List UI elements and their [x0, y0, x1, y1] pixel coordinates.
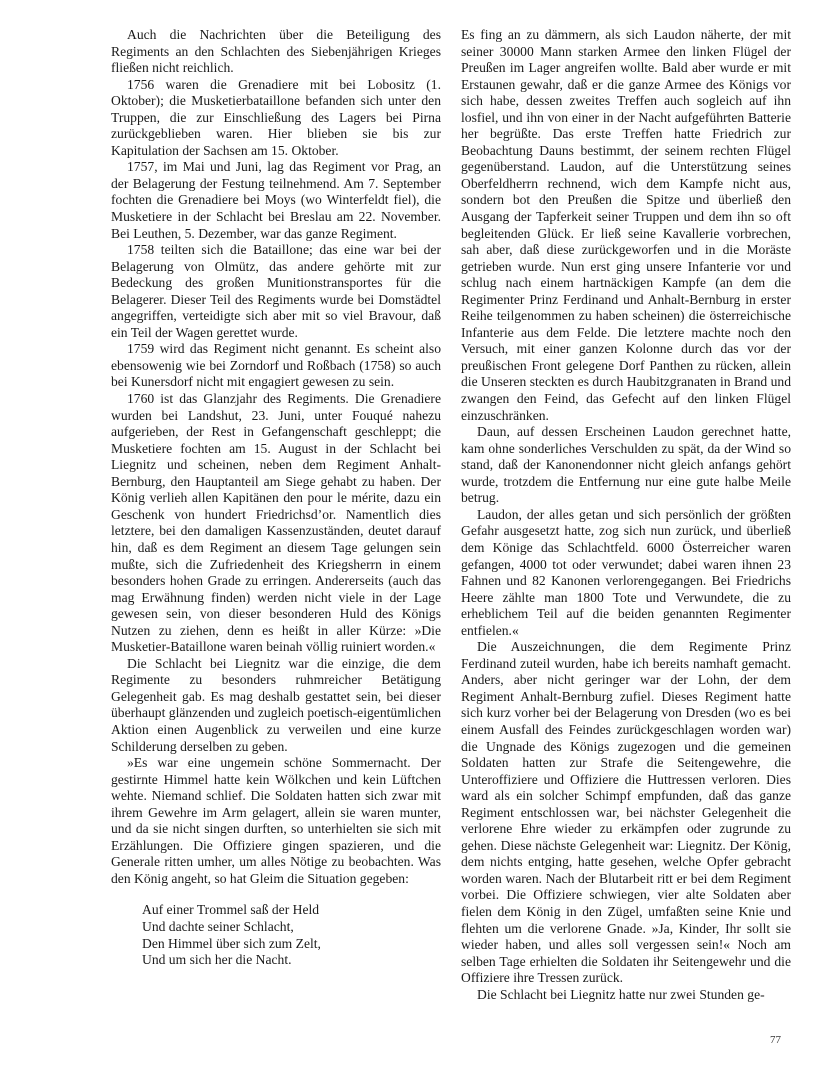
paragraph: Die Schlacht bei Liegnitz war die einzig…	[111, 656, 441, 755]
paragraph: 1756 waren die Grenadiere mit bei Lobosi…	[111, 77, 441, 160]
right-column: Es fing an zu dämmern, als sich Laudon n…	[461, 27, 791, 1003]
paragraph: »Es war eine ungemein schöne Sommernacht…	[111, 755, 441, 887]
paragraph: 1760 ist das Glanzjahr des Regiments. Di…	[111, 391, 441, 656]
paragraph: Es fing an zu dämmern, als sich Laudon n…	[461, 27, 791, 424]
page-number: 77	[770, 1034, 781, 1046]
verse-line: Und um sich her die Nacht.	[142, 952, 441, 969]
paragraph: Auch die Nachrichten über die Beteiligun…	[111, 27, 441, 77]
verse-line: Auf einer Trommel saß der Held	[142, 902, 441, 919]
book-page: Auch die Nachrichten über die Beteiligun…	[0, 0, 819, 1065]
left-column: Auch die Nachrichten über die Beteiligun…	[111, 27, 441, 969]
paragraph: Laudon, der alles getan und sich persönl…	[461, 507, 791, 639]
verse-quote: Auf einer Trommel saß der Held Und dacht…	[142, 902, 441, 968]
verse-line: Und dachte seiner Schlacht,	[142, 919, 441, 936]
paragraph: Daun, auf dessen Erscheinen Laudon gerec…	[461, 424, 791, 507]
paragraph: 1759 wird das Regiment nicht genannt. Es…	[111, 341, 441, 391]
paragraph: Die Schlacht bei Liegnitz hatte nur zwei…	[461, 987, 791, 1004]
paragraph: 1757, im Mai und Juni, lag das Regiment …	[111, 159, 441, 242]
paragraph: Die Auszeichnungen, die dem Regimente Pr…	[461, 639, 791, 986]
paragraph: 1758 teilten sich die Bataillone; das ei…	[111, 242, 441, 341]
verse-line: Den Himmel über sich zum Zelt,	[142, 936, 441, 953]
